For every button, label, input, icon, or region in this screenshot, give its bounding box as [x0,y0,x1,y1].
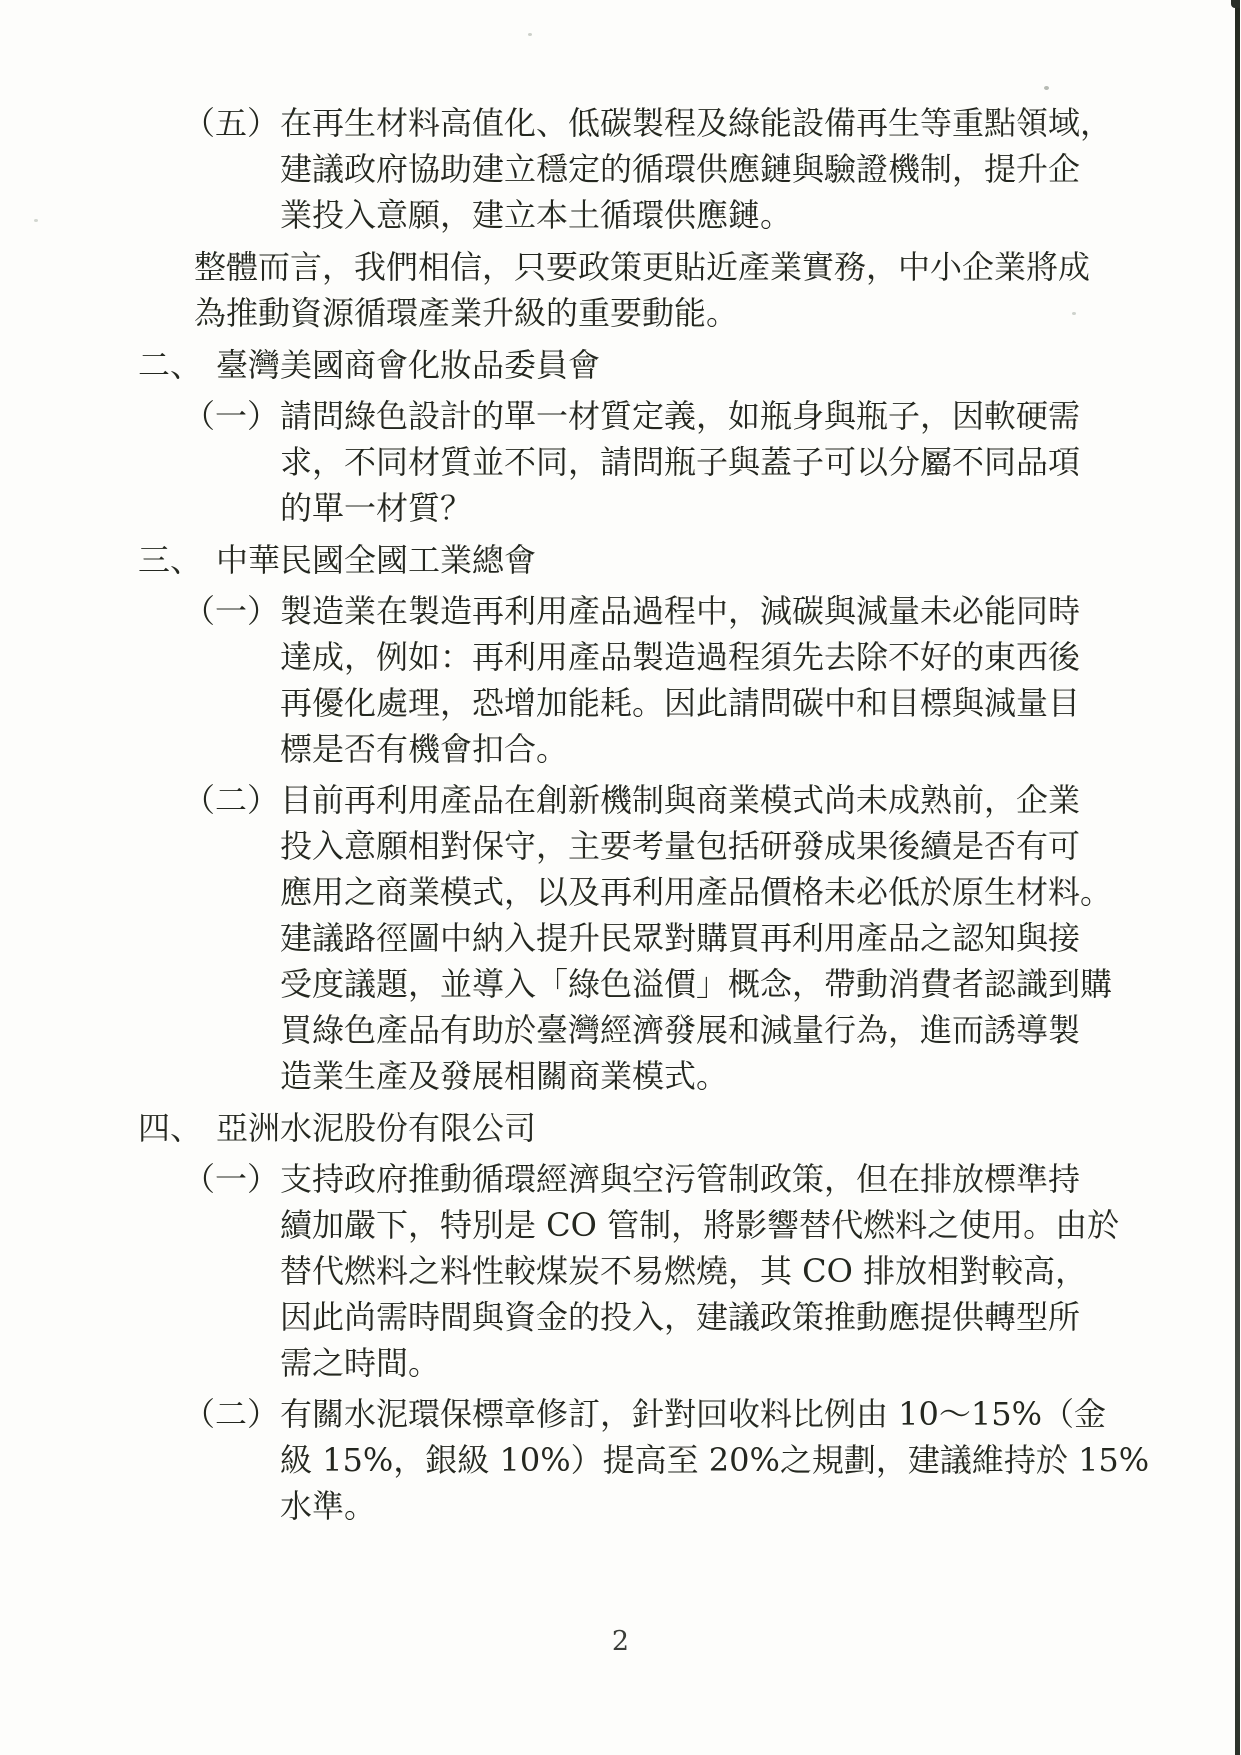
item-label: （一） [183,588,279,634]
section-org-name: 臺灣美國商會化妝品委員會 [216,346,600,384]
item-label: （五） [183,100,279,146]
scan-speck [34,219,38,222]
scanner-edge-corner-artifact [1231,0,1240,8]
numbered-item-5: （五） 在再生材料高值化、低碳製程及綠能設備再生等重點領域， 建議政府協助建立穩… [183,100,1241,238]
item-label: （二） [183,1391,279,1437]
item-text: 製造業在製造再利用產品過程中，減碳與減量未必能同時 達成，例如：再利用產品製造過… [280,588,1190,772]
scan-speck [1072,312,1076,315]
section-number: 二、 [138,346,202,384]
item-text: 在再生材料高值化、低碳製程及綠能設備再生等重點領域， 建議政府協助建立穩定的循環… [280,100,1190,238]
numbered-item-2-1: （一） 請問綠色設計的單一材質定義，如瓶身與瓶子，因軟硬需 求，不同材質並不同，… [183,393,1241,531]
section-heading-2: 二、臺灣美國商會化妝品委員會 [138,342,1241,388]
item-text: 支持政府推動循環經濟與空污管制政策，但在排放標準持 續加嚴下，特別是 CO 管制… [280,1156,1190,1386]
item-text: 有關水泥環保標章修訂，針對回收料比例由 10～15%（金 級 15%，銀級 10… [280,1391,1190,1529]
section-number: 三、 [138,541,202,579]
scan-speck [1044,86,1049,90]
document-content: （五） 在再生材料高值化、低碳製程及綠能設備再生等重點領域， 建議政府協助建立穩… [0,100,1241,1534]
scanner-edge-artifact [1235,0,1240,1755]
item-label: （一） [183,1156,279,1202]
section-org-name: 亞洲水泥股份有限公司 [216,1109,536,1147]
item-text: 目前再利用產品在創新機制與商業模式尚未成熟前，企業 投入意願相對保守，主要考量包… [280,777,1190,1099]
numbered-item-3-2: （二） 目前再利用產品在創新機制與商業模式尚未成熟前，企業 投入意願相對保守，主… [183,777,1241,1099]
item-label: （二） [183,777,279,823]
section-number: 四、 [138,1109,202,1147]
page-number: 2 [0,1626,1241,1658]
section-heading-4: 四、亞洲水泥股份有限公司 [138,1105,1241,1151]
item-text: 請問綠色設計的單一材質定義，如瓶身與瓶子，因軟硬需 求，不同材質並不同，請問瓶子… [280,393,1190,531]
scanned-document-page: （五） 在再生材料高值化、低碳製程及綠能設備再生等重點領域， 建議政府協助建立穩… [0,0,1241,1755]
section-heading-3: 三、中華民國全國工業總會 [138,537,1241,583]
numbered-item-4-2: （二） 有關水泥環保標章修訂，針對回收料比例由 10～15%（金 級 15%，銀… [183,1391,1241,1529]
summary-paragraph: 整體而言，我們相信，只要政策更貼近產業實務，中小企業將成 為推動資源循環產業升級… [194,244,1114,336]
numbered-item-3-1: （一） 製造業在製造再利用產品過程中，減碳與減量未必能同時 達成，例如：再利用產… [183,588,1241,772]
numbered-item-4-1: （一） 支持政府推動循環經濟與空污管制政策，但在排放標準持 續加嚴下，特別是 C… [183,1156,1241,1386]
item-label: （一） [183,393,279,439]
section-org-name: 中華民國全國工業總會 [216,541,536,579]
scan-speck [528,33,532,36]
